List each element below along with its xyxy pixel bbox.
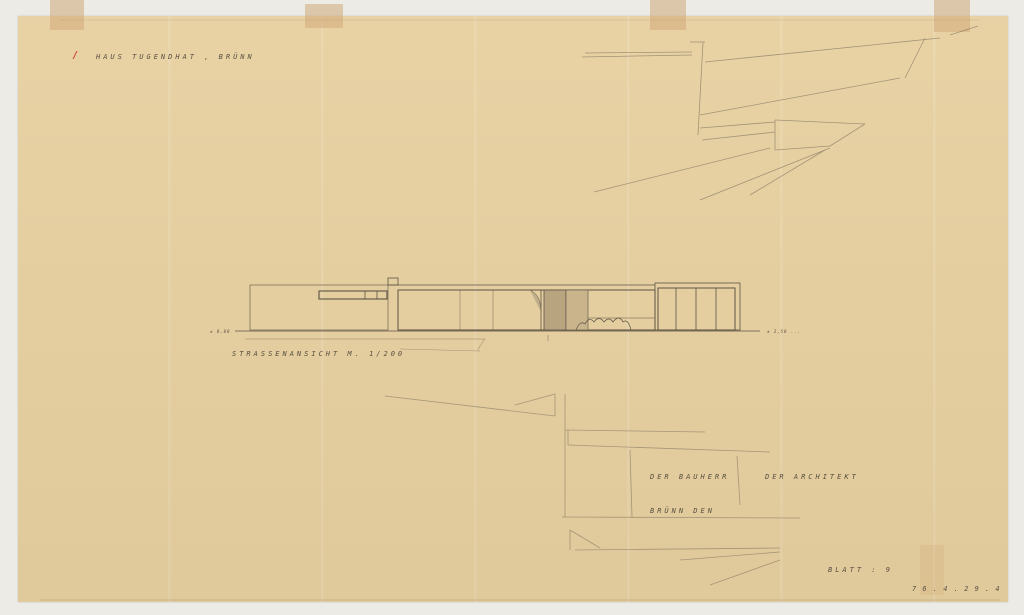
perspective-sketch-bottom — [385, 394, 800, 585]
elevation-label: STRASSENANSICHT M. 1/200 — [232, 350, 405, 358]
street-elevation — [235, 278, 760, 351]
place-date: BRÜNN DEN — [650, 507, 715, 515]
level-left-label: ± 0,00 — [210, 329, 230, 334]
inventory-number: 7 6 . 4 . 2 9 . 4 — [912, 585, 1001, 593]
signature-architect: DER ARCHITEKT — [765, 473, 859, 481]
level-right-label: ± 2,50 ... — [767, 329, 801, 334]
perspective-sketch-top — [582, 26, 978, 200]
signature-owner: DER BAUHERR — [650, 473, 729, 481]
sheet-number: BLATT : 9 — [828, 566, 893, 574]
pencil-sketches — [0, 0, 1024, 615]
